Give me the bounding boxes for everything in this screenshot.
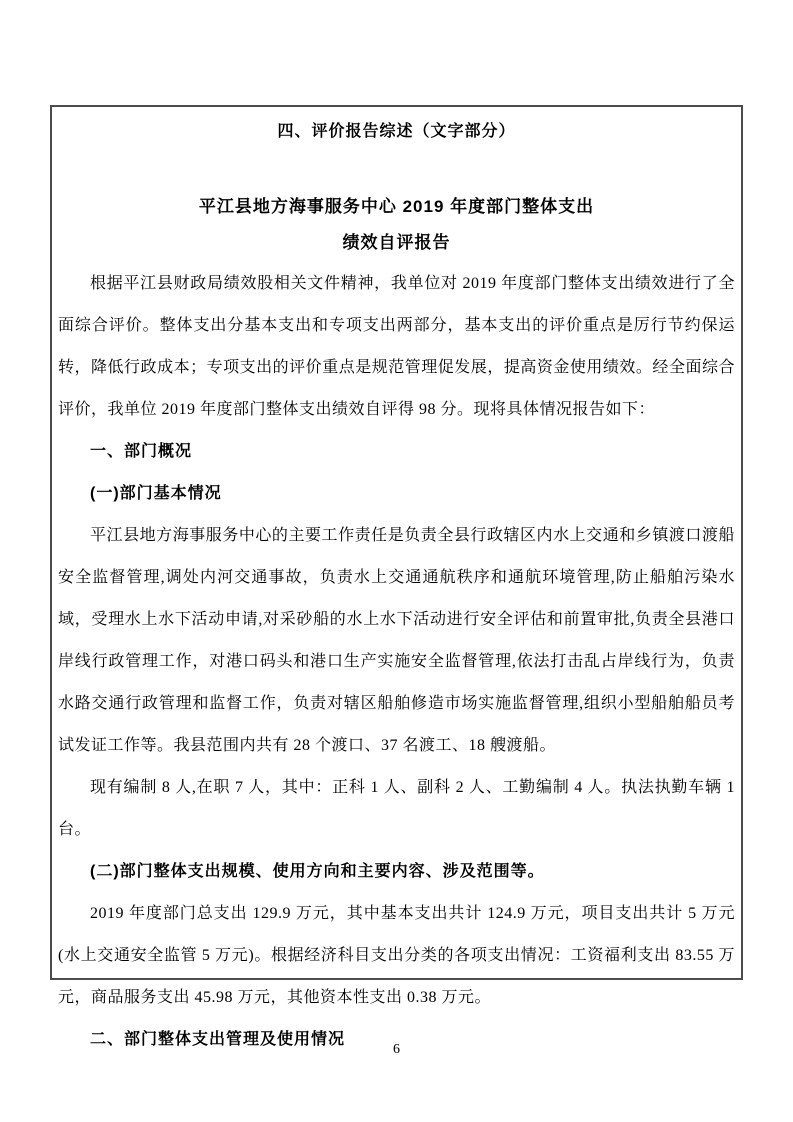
- paragraph-staffing: 现有编制 8 人,在职 7 人，其中：正科 1 人、副科 2 人、工勤编制 4 …: [58, 767, 735, 851]
- section-heading: 四、评价报告综述（文字部分）: [58, 121, 735, 143]
- paragraph-department-duties: 平江县地方海事服务中心的主要工作责任是负责全县行政辖区内水上交通和乡镇渡口渡船安…: [58, 515, 735, 767]
- heading-section-1-2: (二)部门整体支出规模、使用方向和主要内容、涉及范围等。: [58, 851, 735, 893]
- heading-section-1: 一、部门概况: [58, 431, 735, 473]
- document-page: { "page": { "number": "6", "background_c…: [0, 0, 793, 1122]
- heading-section-1-1: (一)部门基本情况: [58, 473, 735, 515]
- report-title-line-2: 绩效自评报告: [58, 225, 735, 261]
- report-title-line-1: 平江县地方海事服务中心 2019 年度部门整体支出: [58, 189, 735, 225]
- report-border-box: 四、评价报告综述（文字部分） 平江县地方海事服务中心 2019 年度部门整体支出…: [50, 105, 743, 980]
- paragraph-intro: 根据平江县财政局绩效股相关文件精神，我单位对 2019 年度部门整体支出绩效进行…: [58, 263, 735, 431]
- paragraph-expenditure-breakdown: 2019 年度部门总支出 129.9 万元，其中基本支出共计 124.9 万元，…: [58, 893, 735, 1019]
- page-number: 6: [0, 1042, 793, 1058]
